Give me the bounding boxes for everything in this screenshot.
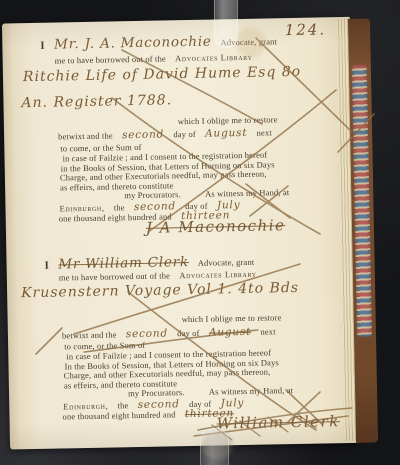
sum-clause: to come, or the Sum of bbox=[60, 142, 141, 154]
book-title-line-2: An. Register 1788. bbox=[21, 92, 172, 111]
year-line: one thousand eight hundred and thirteen bbox=[59, 209, 238, 224]
printed-borrow-pre: me to have borrowed out of the bbox=[55, 53, 166, 65]
return-month-handwritten: August bbox=[209, 326, 251, 339]
witness-clause: As witness my Hand, at bbox=[205, 187, 289, 199]
signing-place-date-line: Edinburgh, the second day of July bbox=[59, 199, 247, 215]
page-number: 124. bbox=[285, 20, 327, 39]
printed-grant-suffix: Advocate, grant bbox=[198, 257, 255, 268]
borrowed-line: me to have borrowed out of the Advocates… bbox=[55, 52, 260, 66]
book-title-line-1: Ritchie Life of David Hume Esq 8o bbox=[23, 64, 301, 85]
return-day-handwritten: second bbox=[122, 128, 164, 141]
borrower-name-handwritten: Mr. J. A. Maconochie bbox=[54, 34, 212, 53]
return-day-handwritten: second bbox=[126, 327, 168, 340]
procurators-line: my Procurators. As witness my Hand, at bbox=[124, 187, 289, 200]
charge-clause: Charge, and other Executorials needful, … bbox=[60, 169, 267, 183]
signature-maconochie: J A Maconochie bbox=[146, 216, 286, 237]
books-of-session-clause: in the Books of Session, that Letters of… bbox=[61, 159, 275, 173]
register-page: 124. I Mr. J. A. Maconochie Advocate, gr… bbox=[2, 17, 358, 450]
sign-month-handwritten: July bbox=[221, 397, 245, 409]
printed-edinburgh: Edinburgh, bbox=[59, 203, 104, 214]
printed-edinburgh: Edinburgh, bbox=[63, 401, 108, 412]
effeirs-clause: as effeirs, and thereto constitute bbox=[60, 180, 173, 192]
signing-place-date-line: Edinburgh, the second day of July bbox=[63, 397, 251, 413]
sign-day-handwritten: second bbox=[134, 200, 176, 213]
printed-library-name: Advocates Library bbox=[179, 269, 257, 280]
photograph-of-library-borrowing-register: 124. I Mr. J. A. Maconochie Advocate, gr… bbox=[0, 0, 400, 465]
borrower-line: I Mr William Clerk Advocate, grant bbox=[44, 253, 261, 273]
printed-borrow-pre: me to have borrowed out of the bbox=[59, 270, 170, 282]
procurators-line: my Procurators. As witness my Hand, at bbox=[128, 385, 293, 398]
return-date-line: betwixt and the second day of August nex… bbox=[62, 325, 283, 341]
printed-pronoun: I bbox=[40, 40, 45, 52]
return-month-handwritten: August bbox=[205, 127, 247, 140]
borrower-name-handwritten: Mr William Clerk bbox=[58, 254, 189, 273]
return-date-line: betwixt and the second day of August nex… bbox=[58, 126, 279, 142]
sign-day-handwritten: second bbox=[138, 398, 180, 411]
sum-clause: to come, or the Sum of bbox=[64, 340, 145, 352]
witness-clause: As witness my Hand, at bbox=[209, 385, 293, 397]
failzie-clause: in case of Failzie ; and I consent to th… bbox=[62, 150, 267, 164]
year-word-handwritten: thirteen bbox=[181, 209, 230, 222]
open-book-page: 124. I Mr. J. A. Maconochie Advocate, gr… bbox=[2, 17, 378, 450]
restore-clause: which I oblige me to restore bbox=[178, 114, 278, 126]
effeirs-clause: as effeirs, and thereto constitute bbox=[64, 378, 177, 390]
book-title-line-1: Krusenstern Voyage Vol 1. 4to Bds bbox=[21, 280, 299, 301]
restore-clause: which I oblige me to restore bbox=[182, 312, 282, 324]
book-strap-top bbox=[214, 0, 238, 48]
year-line: one thousand eight hundred and thirteen bbox=[62, 407, 241, 422]
marbled-board-edge bbox=[352, 65, 372, 337]
charge-clause: Charge, and other Executorials needful, … bbox=[64, 366, 271, 380]
books-of-session-clause: In the Books of Session, that Letters of… bbox=[64, 357, 279, 371]
printed-pronoun: I bbox=[44, 260, 49, 272]
year-word-handwritten: thirteen bbox=[185, 407, 234, 420]
book-strap-bottom bbox=[200, 428, 229, 465]
borrowed-line: me to have borrowed out of the Advocates… bbox=[59, 269, 264, 283]
borrow-entry-2: I Mr William Clerk Advocate, grant me to… bbox=[6, 249, 356, 444]
sign-month-handwritten: July bbox=[217, 199, 241, 211]
borrow-entry-1: I Mr. J. A. Maconochie Advocate, grant m… bbox=[2, 29, 352, 248]
failzie-clause: in case of Failzie ; and I consent to th… bbox=[66, 347, 271, 361]
signature-clerk: William Clerk bbox=[216, 412, 340, 432]
page-stain bbox=[236, 28, 266, 58]
